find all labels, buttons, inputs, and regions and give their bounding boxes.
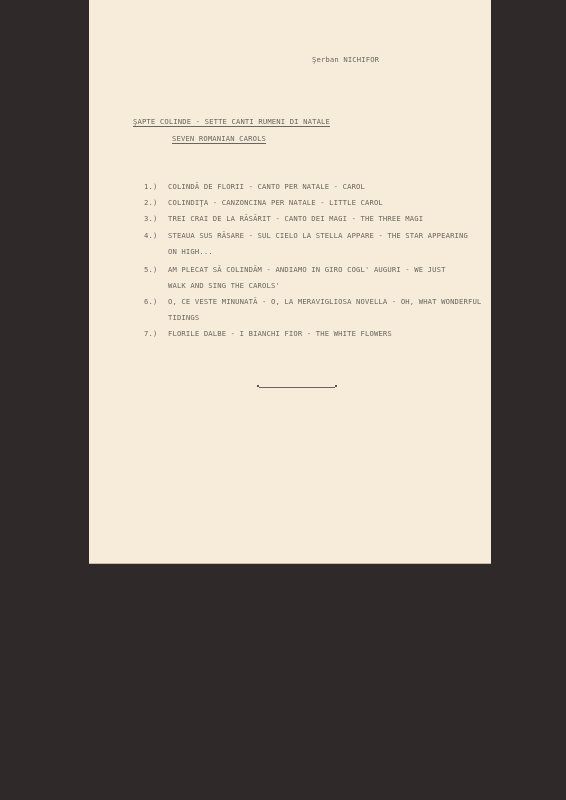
author-name: Şerban NICHIFOR [312,56,379,63]
item-text: COLINDIŢA - CANZONCINA PER NATALE - LITT… [168,198,383,207]
separator-line [259,387,335,388]
list-item: 5.)AM PLECAT SĂ COLINDĂM - ANDIAMO IN GI… [144,266,446,273]
item-text-continued: WALK AND SING THE CAROLS' [168,282,280,289]
list-item: 3.)TREI CRAI DE LA RĂSĂRIT - CANTO DEI M… [144,215,423,222]
list-item: 4.)STEAUA SUS RĂSARE - SUL CIELO LA STEL… [144,232,468,239]
item-text: AM PLECAT SĂ COLINDĂM - ANDIAMO IN GIRO … [168,265,446,274]
item-text: COLINDĂ DE FLORII - CANTO PER NATALE - C… [168,182,365,191]
title-line-2: SEVEN ROMANIAN CAROLS [172,135,266,142]
separator-dot [335,385,337,387]
document-page: Şerban NICHIFOR ŞAPTE COLINDE - SETTE CA… [89,0,491,563]
item-number: 2.) [144,199,168,206]
item-number: 1.) [144,183,168,190]
item-number: 7.) [144,330,168,337]
list-item: 7.)FLORILE DALBE - I BIANCHI FIOR - THE … [144,330,392,337]
list-item: 6.)O, CE VESTE MINUNATĂ - O, LA MERAVIGL… [144,298,481,305]
list-item: 1.)COLINDĂ DE FLORII - CANTO PER NATALE … [144,183,365,190]
item-text-continued: ON HIGH... [168,248,213,255]
end-separator [257,381,337,387]
item-text-continued: TIDINGS [168,314,199,321]
item-number: 3.) [144,215,168,222]
item-number: 6.) [144,298,168,305]
item-number: 5.) [144,266,168,273]
item-text: STEAUA SUS RĂSARE - SUL CIELO LA STELLA … [168,231,468,240]
item-text: TREI CRAI DE LA RĂSĂRIT - CANTO DEI MAGI… [168,214,423,223]
item-text: O, CE VESTE MINUNATĂ - O, LA MERAVIGLIOS… [168,297,481,306]
item-text: FLORILE DALBE - I BIANCHI FIOR - THE WHI… [168,329,392,338]
title-line-1: ŞAPTE COLINDE - SETTE CANTI RUMENI DI NA… [133,118,330,125]
item-number: 4.) [144,232,168,239]
list-item: 2.)COLINDIŢA - CANZONCINA PER NATALE - L… [144,199,383,206]
